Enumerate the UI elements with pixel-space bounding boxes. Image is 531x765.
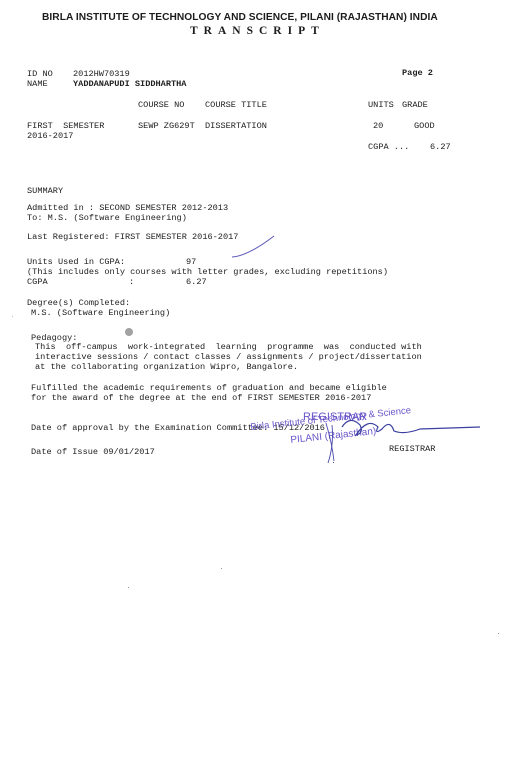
admitted-text: Admitted in : SECOND SEMESTER 2012-2013 <box>27 203 228 213</box>
row-grade: GOOD <box>414 121 435 131</box>
row-year: 2016-2017 <box>27 131 73 141</box>
program-text: To: M.S. (Software Engineering) <box>27 213 187 223</box>
degree-label: Degree(s) Completed: <box>27 298 130 308</box>
fulfilled-line-1: Fulfilled the academic requirements of g… <box>31 383 387 393</box>
col-header-course-title: COURSE TITLE <box>205 100 267 110</box>
units-value: 97 <box>186 257 196 267</box>
id-label: ID NO <box>27 69 53 79</box>
pedagogy-line-1: This off-campus work-integrated learning… <box>35 342 422 352</box>
registrar-signature <box>320 405 490 465</box>
row-course-no: SEWP ZG629T <box>138 121 195 131</box>
summary-title: SUMMARY <box>27 186 63 196</box>
col-header-grade: GRADE <box>402 100 428 110</box>
cgpa-label: CGPA ... <box>368 142 409 152</box>
pen-check-mark <box>228 232 278 262</box>
col-header-units: UNITS <box>368 100 394 110</box>
page-number: Page 2 <box>402 68 433 78</box>
col-header-course-no: COURSE NO <box>138 100 184 110</box>
last-registered-text: Last Registered: FIRST SEMESTER 2016-201… <box>27 232 238 242</box>
units-label: Units Used in CGPA: <box>27 257 125 267</box>
fulfilled-line-2: for the award of the degree at the end o… <box>31 393 371 403</box>
pedagogy-line-2: interactive sessions / contact classes /… <box>35 352 422 362</box>
name-label: NAME <box>27 79 48 89</box>
issue-date: Date of Issue 09/01/2017 <box>31 447 155 457</box>
row-units: 20 <box>373 121 383 131</box>
pedagogy-line-3: at the collaborating organization Wipro,… <box>35 362 298 372</box>
institution-name: BIRLA INSTITUTE OF TECHNOLOGY AND SCIENC… <box>42 12 438 23</box>
name-value: YADDANAPUDI SIDDHARTHA <box>73 79 186 89</box>
units-note: (This includes only courses with letter … <box>27 267 388 277</box>
row-semester: FIRST SEMESTER <box>27 121 104 131</box>
cgpa-value: 6.27 <box>430 142 451 152</box>
row-course-title: DISSERTATION <box>205 121 267 131</box>
document-title: TRANSCRIPT <box>190 25 325 37</box>
summary-cgpa-sep: : <box>129 277 134 287</box>
id-value: 2012HW70319 <box>73 69 130 79</box>
degree-value: M.S. (Software Engineering) <box>31 308 170 318</box>
summary-cgpa-value: 6.27 <box>186 277 207 287</box>
summary-cgpa-label: CGPA <box>27 277 48 287</box>
ink-blot <box>125 328 133 336</box>
